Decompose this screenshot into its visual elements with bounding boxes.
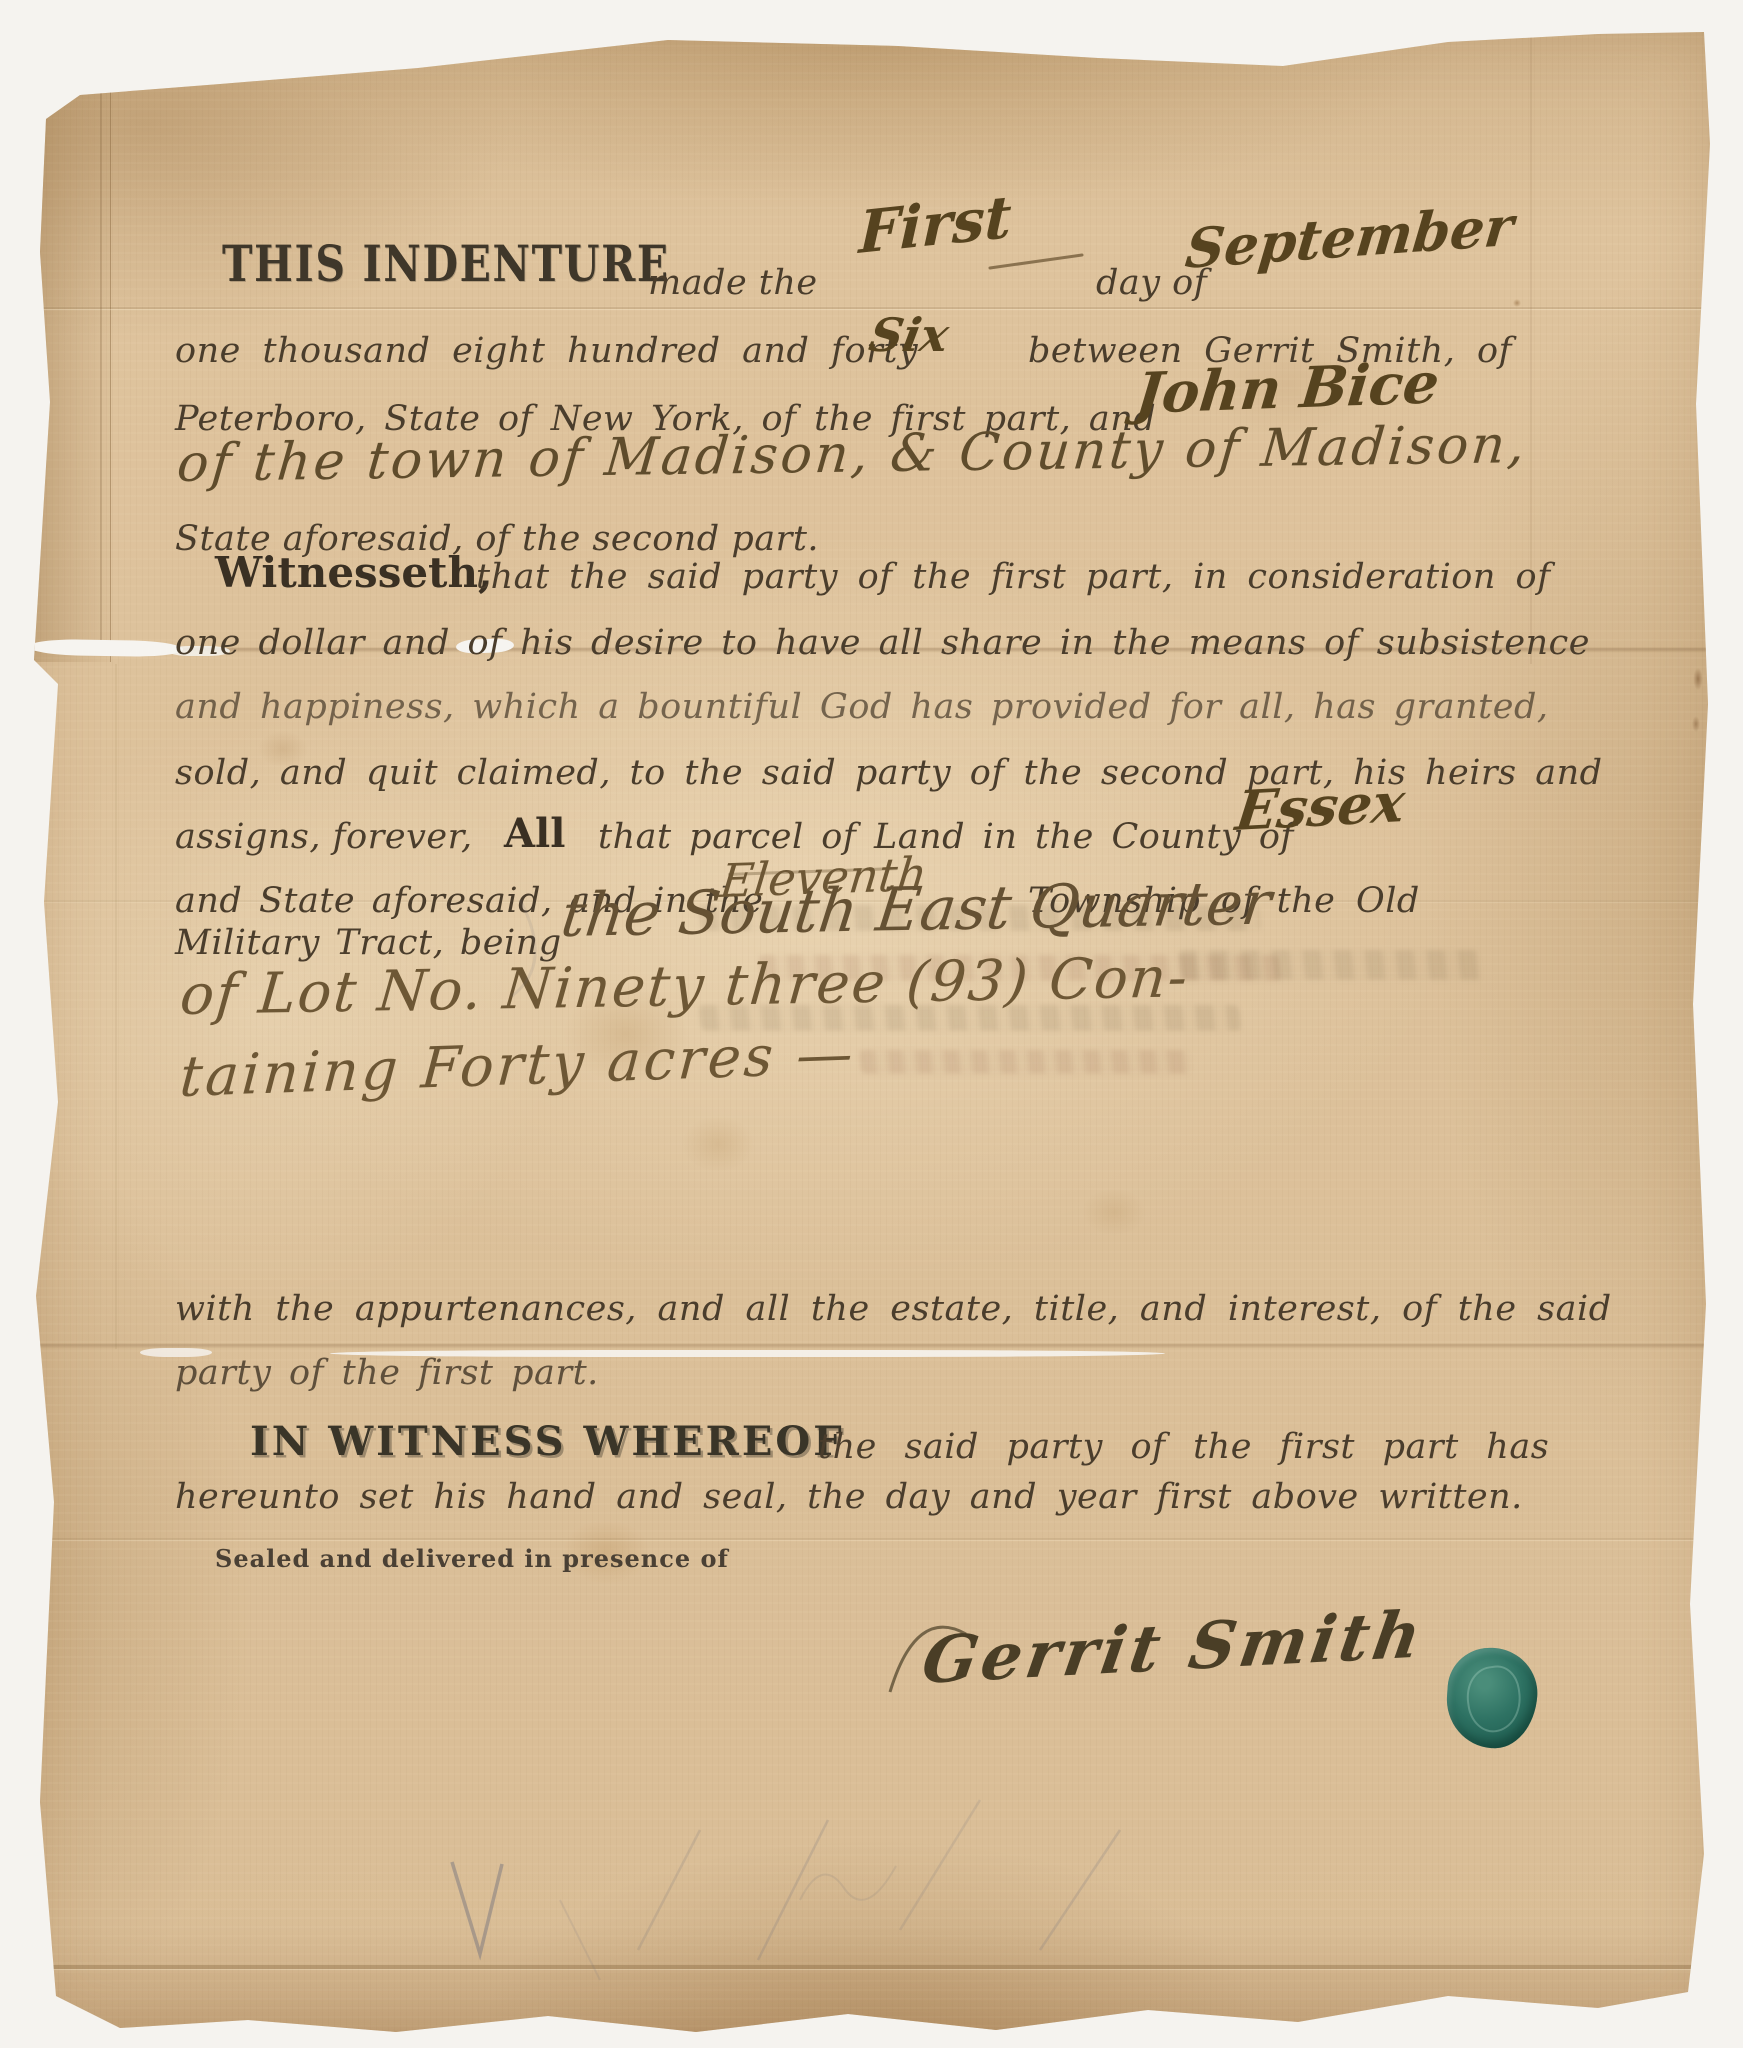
pencil-checkmark	[452, 1862, 502, 1954]
pencil-scratch	[900, 1800, 980, 1930]
pencil-scribble	[800, 1866, 896, 1900]
pencil-scratch	[1040, 1830, 1120, 1950]
signature-flourish	[890, 1627, 966, 1692]
scanned-document-page: THIS INDENTURE made the First day of Sep…	[0, 0, 1743, 2048]
pencil-marks-layer	[28, 24, 1718, 2036]
pencil-scratch	[758, 1820, 828, 1960]
pencil-scratch	[638, 1830, 700, 1950]
pencil-scribble	[512, 900, 535, 996]
pencil-scratch	[560, 1900, 600, 1980]
deed-paper-sheet: THIS INDENTURE made the First day of Sep…	[28, 24, 1718, 2036]
